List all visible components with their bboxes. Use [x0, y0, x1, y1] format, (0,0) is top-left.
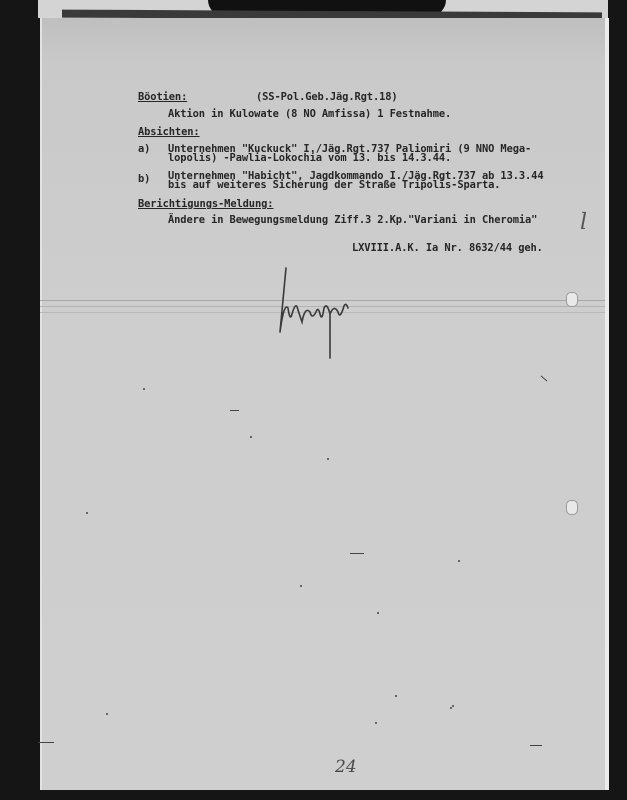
speck	[327, 458, 329, 460]
speck	[300, 585, 302, 587]
unit-designation: (SS-Pol.Geb.Jäg.Rgt.18)	[256, 92, 398, 103]
speck	[452, 705, 454, 707]
ink-mark	[38, 742, 54, 743]
page-number: 24	[335, 757, 357, 777]
speck	[106, 713, 108, 715]
speck	[450, 707, 452, 709]
ink-mark	[230, 410, 239, 411]
document-page	[40, 18, 609, 790]
ink-mark	[350, 553, 364, 554]
intentions-heading: Absichten:	[138, 127, 200, 138]
speck	[458, 560, 460, 562]
punch-hole	[566, 500, 578, 515]
intention-b-line2: bis auf weiteres Sicherung der Straße Tr…	[168, 180, 500, 191]
page-edge	[605, 18, 609, 790]
speck	[375, 722, 377, 724]
reference-number: LXVIII.A.K. Ia Nr. 8632/44 geh.	[352, 243, 543, 254]
intention-a-marker: a)	[138, 144, 150, 155]
signature	[272, 262, 362, 362]
speck	[250, 436, 252, 438]
scan-frame: Böotien: (SS-Pol.Geb.Jäg.Rgt.18) Aktion …	[0, 0, 627, 800]
speck	[86, 512, 88, 514]
margin-pencil-mark: l	[580, 210, 587, 235]
intention-a-line2: lopolis) -Pawlia-Lokochia vom 13. bis 14…	[168, 153, 451, 164]
speck	[395, 695, 397, 697]
correction-heading: Berichtigungs-Meldung:	[138, 199, 273, 210]
ink-mark	[530, 745, 542, 746]
intention-b-marker: b)	[138, 174, 150, 185]
region-heading: Böotien:	[138, 92, 187, 103]
speck	[377, 612, 379, 614]
punch-hole	[566, 292, 578, 307]
correction-text: Ändere in Bewegungsmeldung Ziff.3 2.Kp."…	[168, 215, 537, 226]
speck	[143, 388, 145, 390]
action-text: Aktion in Kulowate (8 NO Amfissa) 1 Fest…	[168, 109, 451, 120]
